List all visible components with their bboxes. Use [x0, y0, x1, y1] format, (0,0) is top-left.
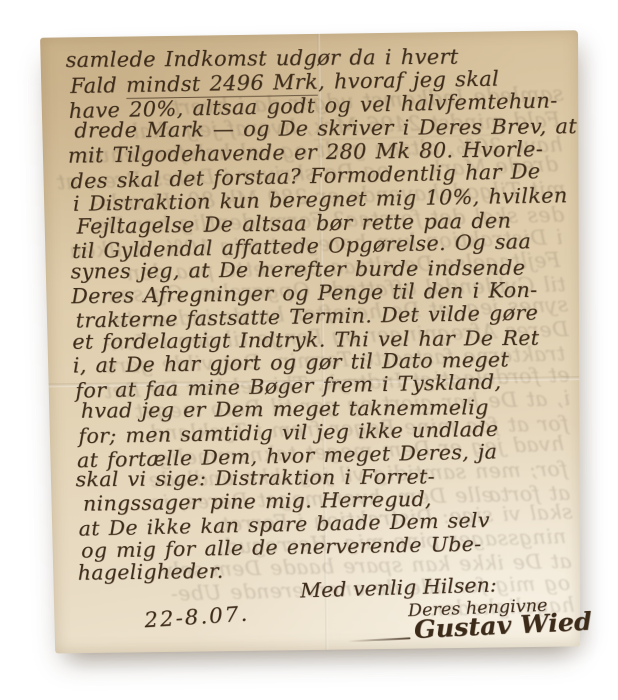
photo-background: samlede Indkomst udgør da i hvert Fald m…: [0, 0, 618, 700]
line-text: Fald: [70, 73, 126, 98]
letter-line: drede Mark — og De skriver i Deres Brev,…: [74, 116, 568, 144]
line-text: hageligheder.: [77, 559, 223, 584]
letter-line: et fordelagtigt Indtryk. Thi vel har De …: [72, 327, 569, 354]
letter-body: samlede Indkomst udgør da i hvert Fald m…: [65, 43, 570, 584]
signature: Gustav Wied: [347, 608, 592, 648]
letter-paper: samlede Indkomst udgør da i hvert Fald m…: [40, 30, 580, 653]
letter-line: synes jeg, at De herefter burde indsende: [70, 257, 568, 285]
line-text: et fordelagtigt Indtryk. Thi vel har De …: [72, 326, 539, 353]
signature-flourish: [348, 637, 410, 642]
letter-date: 22-8.07.: [143, 602, 249, 633]
line-text: drede Mark — og De skriver i Deres Brev,…: [74, 115, 577, 143]
line-text: skal vi sige: Distraktion i Forret-: [75, 465, 435, 491]
letter-line: skal vi sige: Distraktion i Forret-: [75, 465, 569, 492]
line-text: synes jeg, at De herefter burde indsende: [70, 256, 525, 283]
